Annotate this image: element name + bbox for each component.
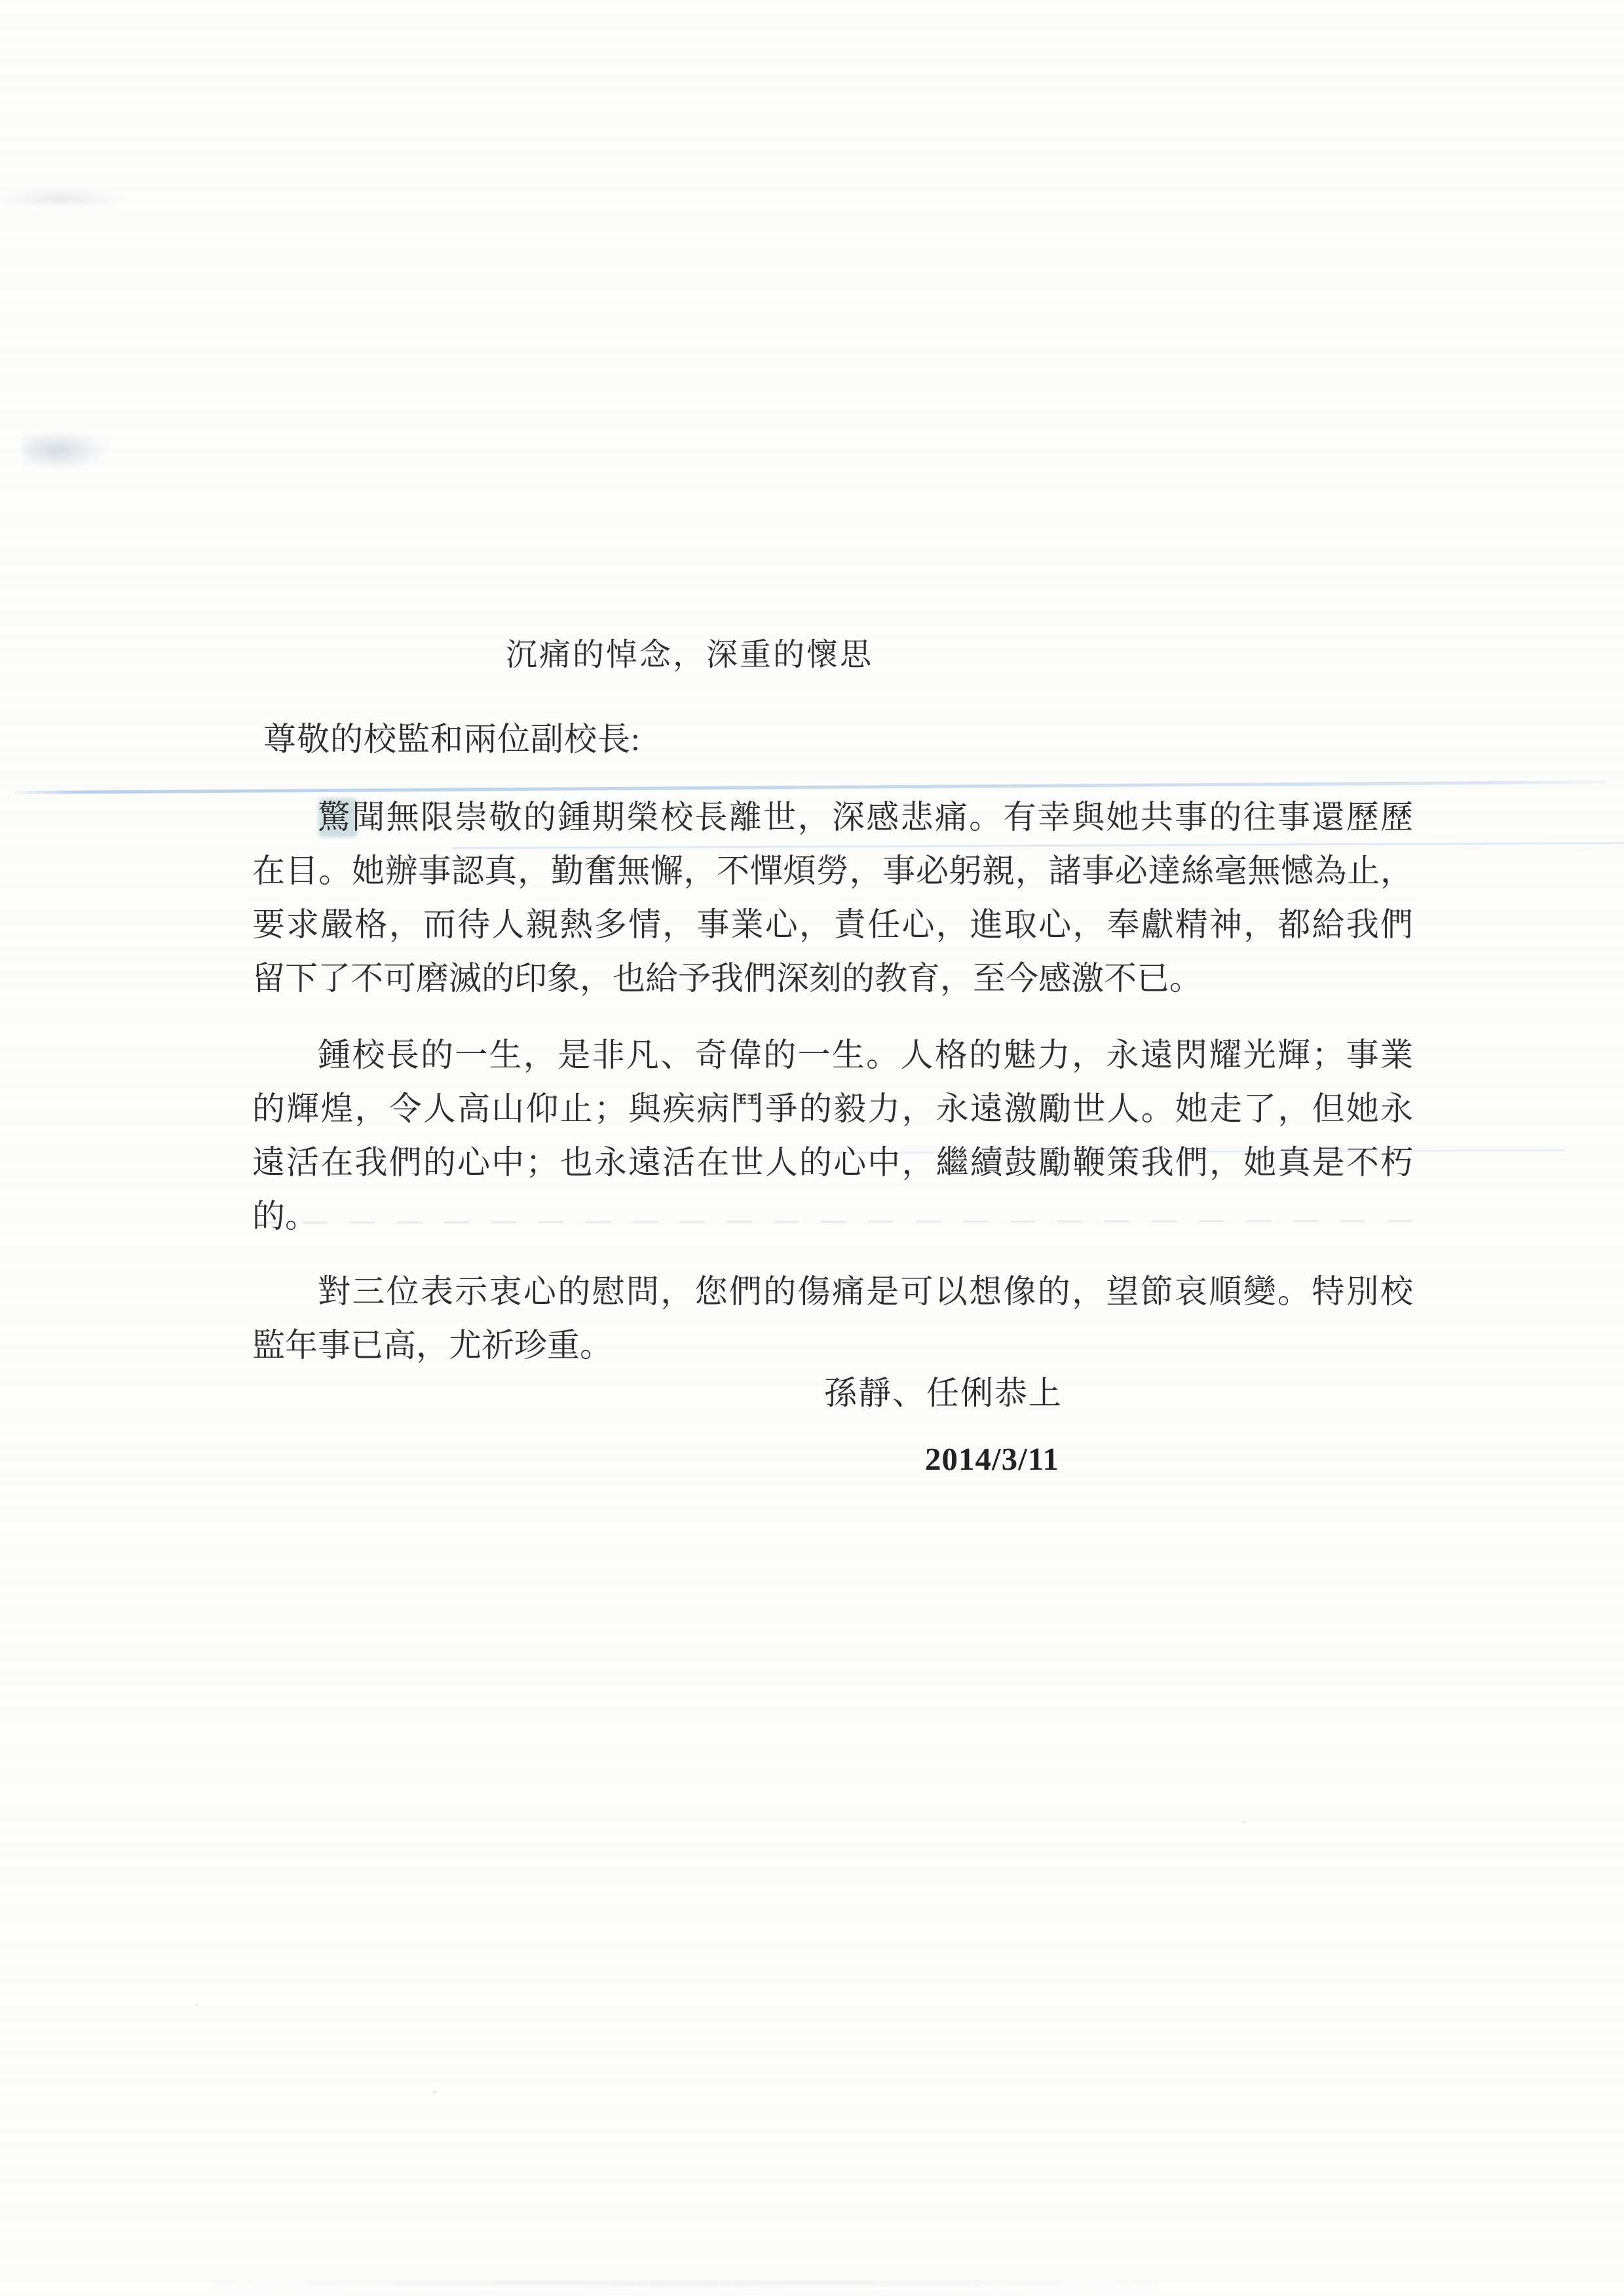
scan-artifact-speck xyxy=(1242,1820,1246,1824)
body-line: 留下了不可磨滅的印象，也給予我們深刻的教育，至今感激不已。 xyxy=(252,951,1413,1005)
scan-artifact-smudge xyxy=(210,2280,1160,2287)
letter-paragraph: 鍾校長的一生，是非凡、奇偉的一生。人格的魅力，永遠閃耀光輝；事業 的輝煌，令人高… xyxy=(252,1028,1413,1243)
body-line: 要求嚴格，而待人親熱多情，事業心，責任心，進取心，奉獻精神，都給我們 xyxy=(252,898,1413,951)
body-line: 鍾校長的一生，是非凡、奇偉的一生。人格的魅力，永遠閃耀光輝；事業 xyxy=(252,1028,1413,1082)
letter-paragraph: 對三位表示衷心的慰問，您們的傷痛是可以想像的，望節哀順變。特別校 監年事已高，尤… xyxy=(252,1265,1413,1372)
letter-signature: 孫靜、任俐恭上 xyxy=(824,1367,1063,1414)
body-line: 在目。她辦事認真，勤奮無懈，不憚煩勞，事必躬親，諸事必達絲毫無憾為止， xyxy=(252,844,1413,898)
body-line: 遠活在我們的心中；也永遠活在世人的心中，繼續鼓勵鞭策我們，她真是不朽 xyxy=(252,1136,1413,1189)
letter-title: 沉痛的悼念，深重的懷思 xyxy=(506,629,873,674)
scan-artifact-speck xyxy=(432,2090,437,2094)
body-line: 的。 xyxy=(252,1189,1413,1243)
scanned-letter-page: 沉痛的悼念，深重的懷思 尊敬的校監和兩位副校長: 驚聞無限崇敬的鍾期榮校長離世，… xyxy=(0,0,1624,2296)
body-line: 對三位表示衷心的慰問，您們的傷痛是可以想像的，望節哀順變。特別校 xyxy=(252,1265,1413,1318)
letter-paragraph: 驚聞無限崇敬的鍾期榮校長離世，深感悲痛。有幸與她共事的往事還歷歷 在目。她辦事認… xyxy=(252,790,1413,1005)
scan-artifact-smudge xyxy=(23,431,108,469)
letter-date: 2014/3/11 xyxy=(925,1440,1059,1478)
scan-artifact-smudge xyxy=(3,189,118,207)
body-line: 驚聞無限崇敬的鍾期榮校長離世，深感悲痛。有幸與她共事的往事還歷歷 xyxy=(252,790,1413,844)
scan-artifact-speck xyxy=(195,2004,198,2006)
body-line: 監年事已高，尤祈珍重。 xyxy=(252,1318,1413,1372)
letter-salutation: 尊敬的校監和兩位副校長: xyxy=(263,713,641,760)
body-line: 的輝煌，令人高山仰止；與疾病鬥爭的毅力，永遠激勵世人。她走了，但她永 xyxy=(252,1082,1413,1136)
